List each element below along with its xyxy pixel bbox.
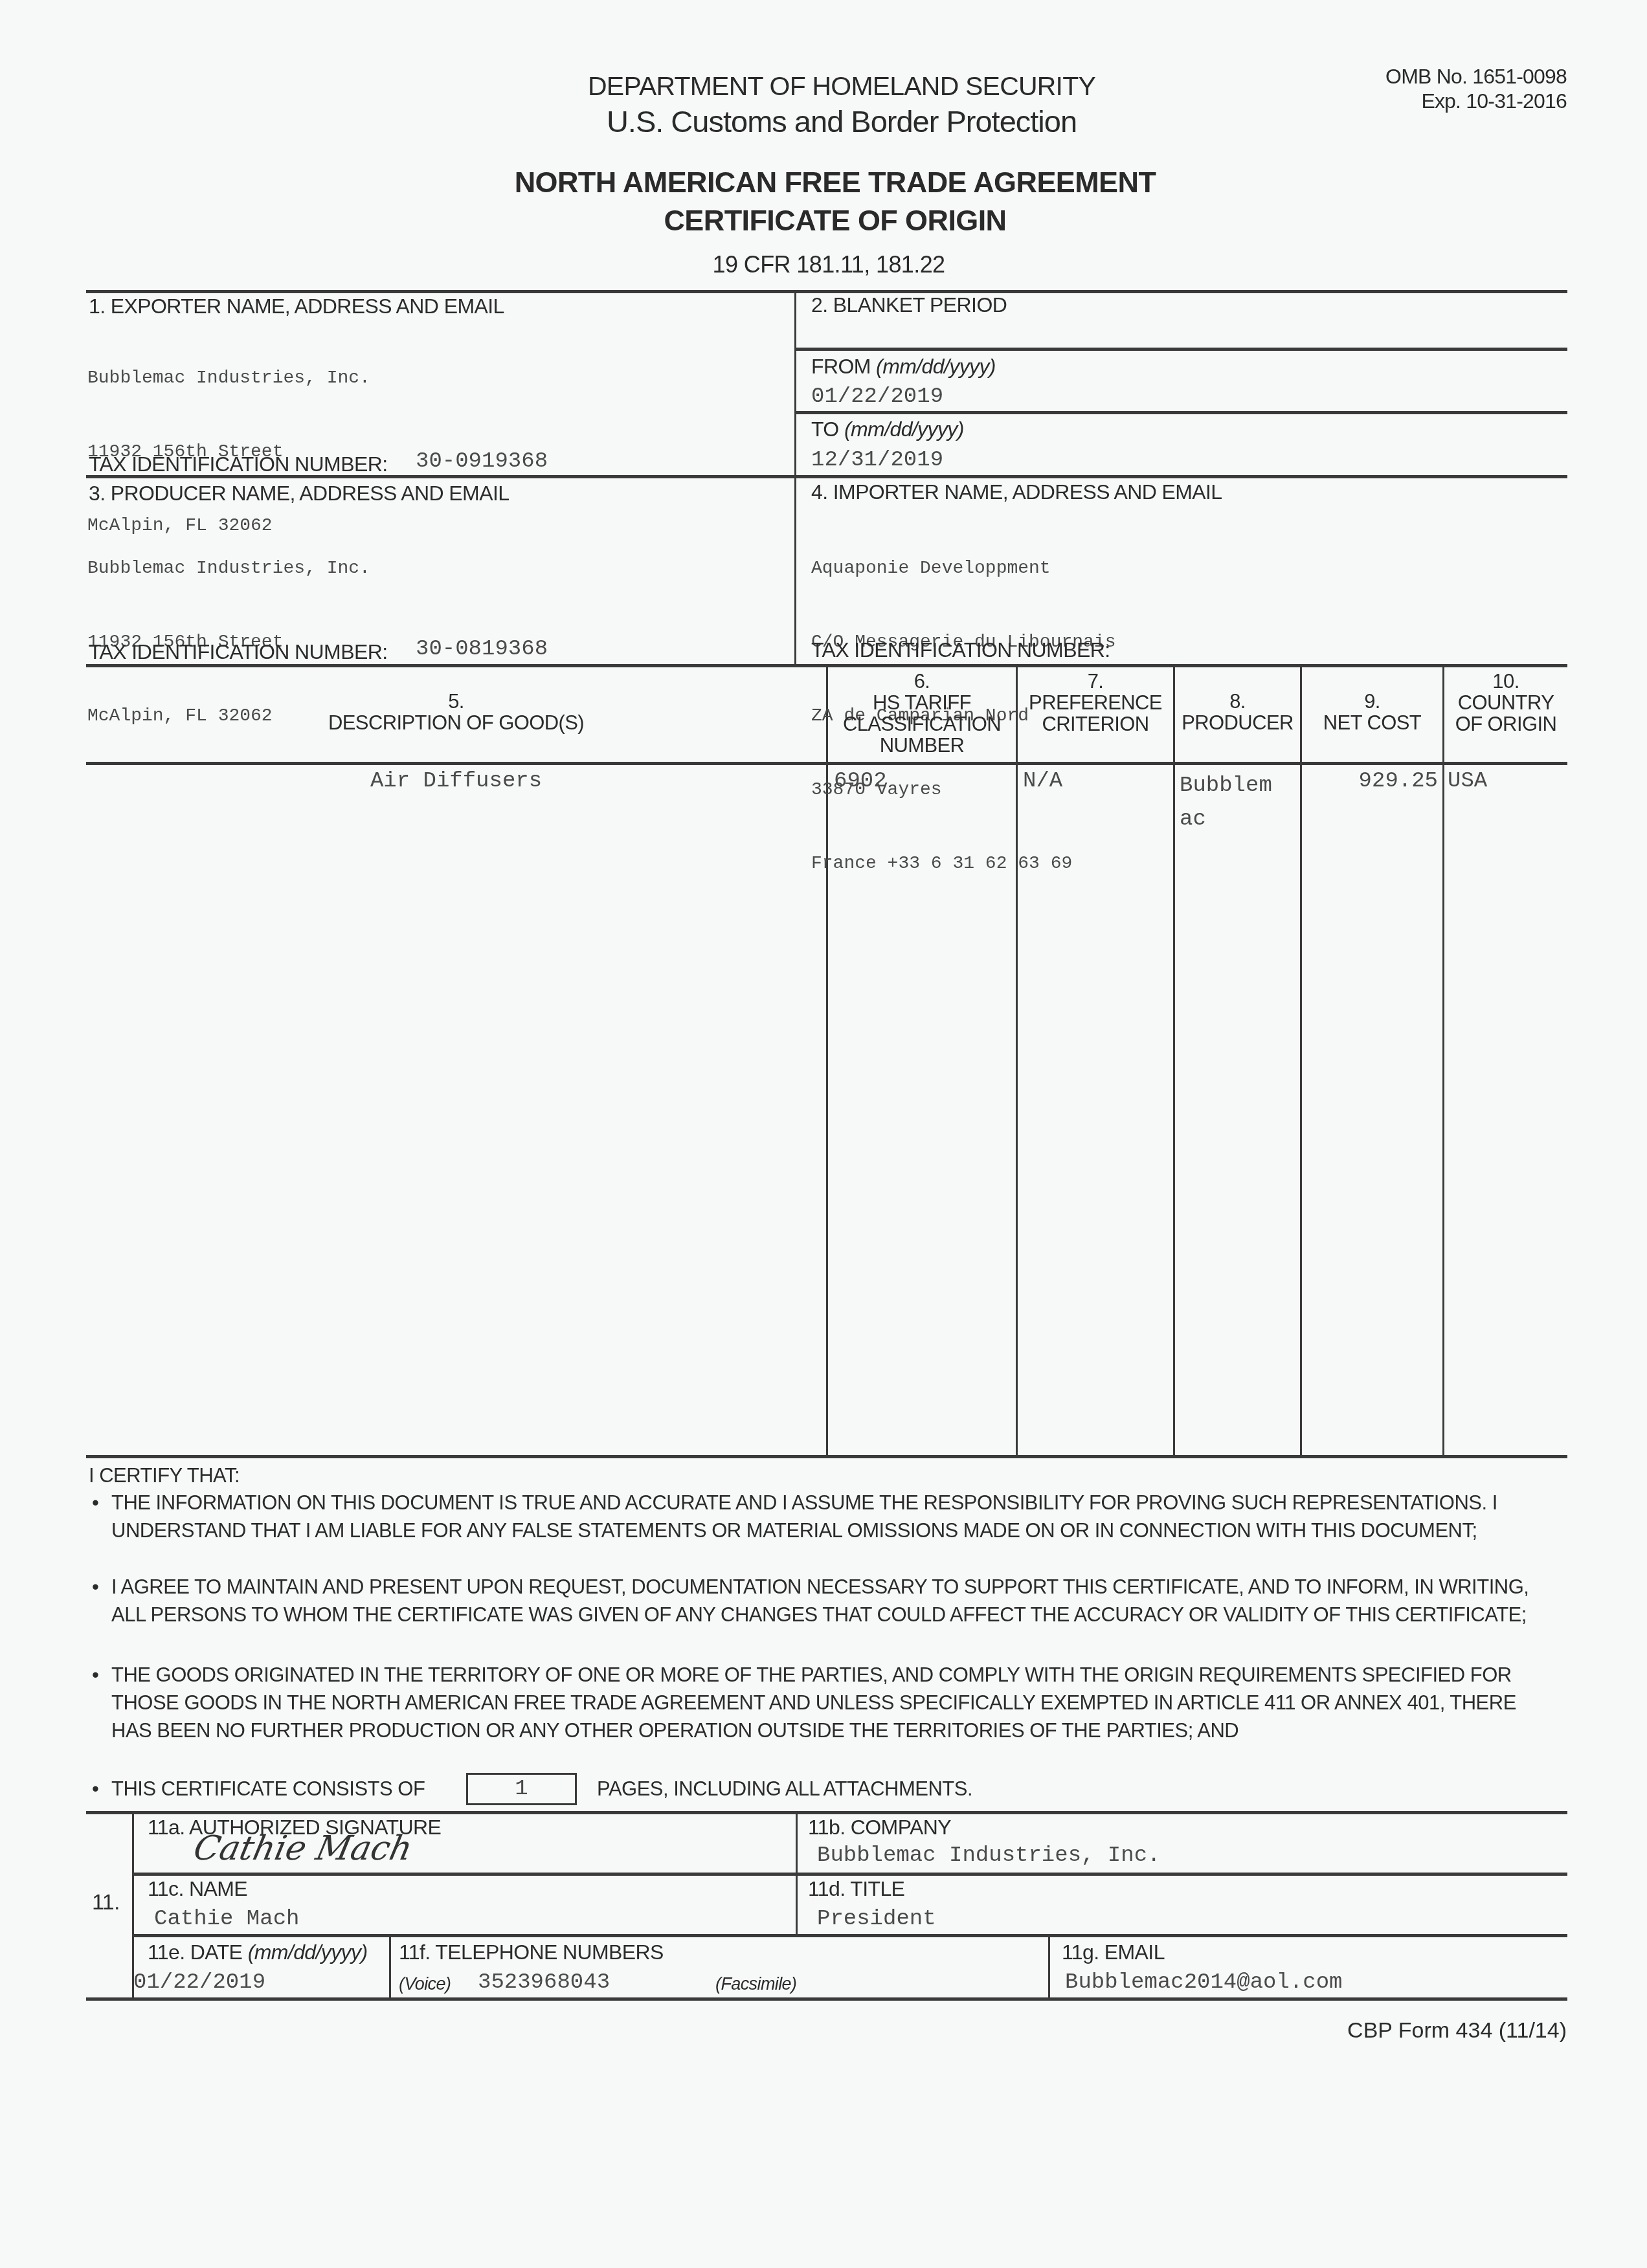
exporter-tax-id: 30-0919368 <box>416 449 548 474</box>
company-value: Bubblemac Industries, Inc. <box>817 1843 1161 1868</box>
column-header-country: 10. COUNTRY OF ORIGIN <box>1444 671 1567 735</box>
from-label: FROM (mm/dd/yyyy) <box>811 355 996 379</box>
blanket-from-date: 01/22/2019 <box>811 384 943 409</box>
divider <box>132 1873 1567 1876</box>
divider <box>389 1934 391 1999</box>
producer-tax-id: 30-0819368 <box>416 637 548 661</box>
column-number: 6. <box>828 671 1016 692</box>
telephone-label: 11f. TELEPHONE NUMBERS <box>399 1940 664 1964</box>
column-number: 10. <box>1444 671 1567 692</box>
column-title: PREFERENCE CRITERION <box>1018 692 1173 735</box>
date-format: (mm/dd/yyyy) <box>248 1940 368 1964</box>
page-count-value: 1 <box>515 1777 528 1801</box>
pages-suffix: PAGES, INCLUDING ALL ATTACHMENTS. <box>597 1775 972 1803</box>
importer-line: Aquaponie Developpment <box>811 557 1115 581</box>
date-label-text: 11e. DATE <box>148 1940 242 1964</box>
divider <box>1048 1934 1050 1999</box>
producer-tax-id-label: TAX IDENTIFICATION NUMBER: <box>89 640 387 664</box>
column-number: 8. <box>1175 691 1300 712</box>
company-label: 11b. COMPANY <box>808 1816 951 1840</box>
goods-net-cost: 929.25 <box>1302 769 1438 794</box>
title-label: 11d. TITLE <box>808 1877 904 1901</box>
date-value: 01/22/2019 <box>133 1970 265 1995</box>
column-number: 7. <box>1018 671 1173 692</box>
to-date-format: (mm/dd/yyyy) <box>844 417 964 441</box>
divider <box>1442 664 1444 1457</box>
form-title: NORTH AMERICAN FREE TRADE AGREEMENT <box>388 166 1282 199</box>
column-title: NET COST <box>1302 712 1442 733</box>
to-label: TO (mm/dd/yyyy) <box>811 417 964 441</box>
pages-prefix: THIS CERTIFICATE CONSISTS OF <box>111 1775 425 1803</box>
omb-expiration: Exp. 10-31-2016 <box>1347 89 1567 113</box>
column-header-hs-tariff: 6. HS TARIFF CLASSIFICATION NUMBER <box>828 671 1016 756</box>
divider <box>794 411 1567 414</box>
email-value: Bubblemac2014@aol.com <box>1065 1970 1342 1995</box>
goods-preference: N/A <box>1023 769 1062 794</box>
authorized-signature[interactable]: Cathie Mach <box>190 1829 416 1868</box>
column-header-preference: 7. PREFERENCE CRITERION <box>1018 671 1173 735</box>
importer-line: France +33 6 31 62 63 69 <box>811 852 1115 876</box>
divider <box>1173 664 1175 1457</box>
section-11-number: 11. <box>92 1890 120 1915</box>
divider <box>794 348 1567 351</box>
from-label-text: FROM <box>811 355 871 378</box>
from-date-format: (mm/dd/yyyy) <box>876 355 996 378</box>
name-value: Cathie Mach <box>154 1907 299 1931</box>
column-header-description: 5. DESCRIPTION OF GOOD(S) <box>86 691 826 733</box>
goods-country: USA <box>1448 769 1487 794</box>
title-value: President <box>817 1907 936 1931</box>
department-name: DEPARTMENT OF HOMELAND SECURITY <box>518 71 1165 102</box>
form-subtitle: CERTIFICATE OF ORIGIN <box>388 204 1282 238</box>
date-label: 11e. DATE (mm/dd/yyyy) <box>148 1940 367 1964</box>
voice-label: (Voice) <box>399 1974 451 1994</box>
blanket-to-date: 12/31/2019 <box>811 448 943 472</box>
agency-name: U.S. Customs and Border Protection <box>518 104 1165 139</box>
certify-statement: THE INFORMATION ON THIS DOCUMENT IS TRUE… <box>111 1489 1562 1544</box>
goods-description: Air Diffusers <box>86 769 826 794</box>
column-header-net-cost: 9. NET COST <box>1302 691 1442 733</box>
voice-number: 3523968043 <box>478 1970 610 1995</box>
fax-label: (Facsimile) <box>715 1974 796 1994</box>
to-label-text: TO <box>811 417 839 441</box>
column-title: COUNTRY OF ORIGIN <box>1444 692 1567 735</box>
goods-hs-tariff: 6902 <box>834 769 887 794</box>
page-count-field[interactable]: 1 <box>466 1773 577 1805</box>
goods-producer: Bubblem ac <box>1180 769 1272 836</box>
exporter-label: 1. EXPORTER NAME, ADDRESS AND EMAIL <box>89 295 504 318</box>
name-label: 11c. NAME <box>148 1877 247 1901</box>
divider <box>86 1997 1567 2001</box>
column-title: PRODUCER <box>1175 712 1300 733</box>
column-title: HS TARIFF CLASSIFICATION NUMBER <box>828 692 1016 756</box>
regulation-reference: 19 CFR 181.11, 181.22 <box>583 251 1075 278</box>
certify-statement: THE GOODS ORIGINATED IN THE TERRITORY OF… <box>111 1661 1562 1744</box>
divider <box>86 1811 1567 1814</box>
producer-label: 3. PRODUCER NAME, ADDRESS AND EMAIL <box>89 482 509 506</box>
exporter-tax-id-label: TAX IDENTIFICATION NUMBER: <box>89 452 387 476</box>
column-number: 9. <box>1302 691 1442 712</box>
form-identifier: CBP Form 434 (11/14) <box>1262 2018 1567 2043</box>
certify-statement: I AGREE TO MAINTAIN AND PRESENT UPON REQ… <box>111 1573 1562 1629</box>
email-label: 11g. EMAIL <box>1062 1940 1165 1964</box>
certify-heading: I CERTIFY THAT: <box>89 1462 240 1489</box>
divider <box>132 1934 1567 1937</box>
producer-line: Bubblemac Industries, Inc. <box>87 557 370 581</box>
column-title: DESCRIPTION OF GOOD(S) <box>86 712 826 733</box>
omb-number: OMB No. 1651-0098 <box>1347 65 1567 89</box>
exporter-line: Bubblemac Industries, Inc. <box>87 366 370 391</box>
column-header-producer: 8. PRODUCER <box>1175 691 1300 733</box>
blanket-period-label: 2. BLANKET PERIOD <box>811 293 1007 317</box>
importer-tax-id-label: TAX IDENTIFICATION NUMBER: <box>811 638 1110 662</box>
importer-label: 4. IMPORTER NAME, ADDRESS AND EMAIL <box>811 480 1222 504</box>
column-number: 5. <box>86 691 826 712</box>
